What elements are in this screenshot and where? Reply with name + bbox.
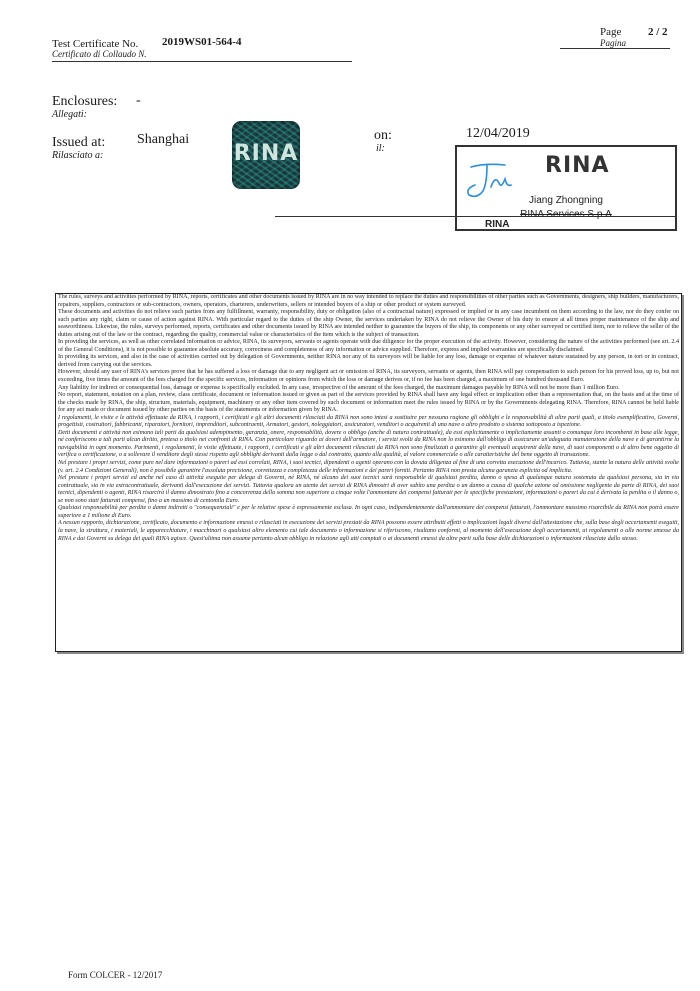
form-code: Form COLCER - 12/2017 <box>68 970 162 980</box>
enclosures-label-it: Allegati: <box>52 109 87 121</box>
issued-at-value: Shanghai <box>137 132 189 148</box>
cert-number-label-it: Certificato di Collaudo N. <box>52 49 147 59</box>
disclaimer-paragraph: Nel prestare i propri servizi ed anche n… <box>58 475 679 505</box>
legal-disclaimer: The rules, surveys and activities perfor… <box>55 293 682 652</box>
signatory-name: Jiang Zhongning <box>457 195 675 206</box>
stamp-logo: RINA <box>545 153 610 178</box>
disclaimer-paragraph: However, should any user of RINA's servi… <box>58 369 679 384</box>
disclaimer-paragraph: In providing the services, as well as ot… <box>58 339 679 354</box>
rina-hologram-logo: RINA <box>232 121 300 189</box>
disclaimer-paragraph: In providing its services, and also in t… <box>58 354 679 369</box>
cert-number: 2019WS01-564-4 <box>162 36 241 48</box>
disclaimer-paragraph: Nel prestare i propri servizi, come pure… <box>58 460 679 475</box>
disclaimer-paragraph: Qualsiasi responsabilità per perdite o d… <box>58 505 679 520</box>
page-label: Page <box>600 27 621 38</box>
disclaimer-italian: I regolamenti, le visite e le attività e… <box>58 415 679 543</box>
disclaimer-paragraph: I regolamenti, le visite e le attività e… <box>58 415 679 430</box>
signature-stamp: RINA Jiang Zhongning RINA Services S.p.A… <box>455 145 677 231</box>
enclosures-label: Enclosures: <box>52 94 117 109</box>
on-date-label-it: il: <box>376 143 385 155</box>
logo-text: RINA <box>232 141 300 166</box>
signatory-org: RINA <box>485 219 509 230</box>
issued-at-label: Issued at: <box>52 135 105 150</box>
header-rule-left <box>52 61 352 62</box>
disclaimer-paragraph: A nessun rapporto, dichiarazione, certif… <box>58 520 679 543</box>
page-number: 2 / 2 <box>648 26 668 38</box>
disclaimer-paragraph: Detti documenti e attività non esimono t… <box>58 430 679 460</box>
on-date-label: on: <box>374 128 392 143</box>
enclosures-value: - <box>136 93 141 109</box>
header-rule-right <box>560 48 670 49</box>
disclaimer-paragraph: These documents and activities do not re… <box>58 309 679 339</box>
page-label-it: Pagina <box>600 38 626 48</box>
disclaimer-paragraph: No report, statement, notation on a plan… <box>58 392 679 415</box>
issue-date-value: 12/04/2019 <box>466 126 530 142</box>
disclaimer-english: The rules, surveys and activities perfor… <box>58 294 679 415</box>
disclaimer-paragraph: Any liability for indirect or consequent… <box>58 385 679 393</box>
disclaimer-paragraph: The rules, surveys and activities perfor… <box>58 294 679 309</box>
issued-at-label-it: Rilasciato a: <box>52 150 103 162</box>
